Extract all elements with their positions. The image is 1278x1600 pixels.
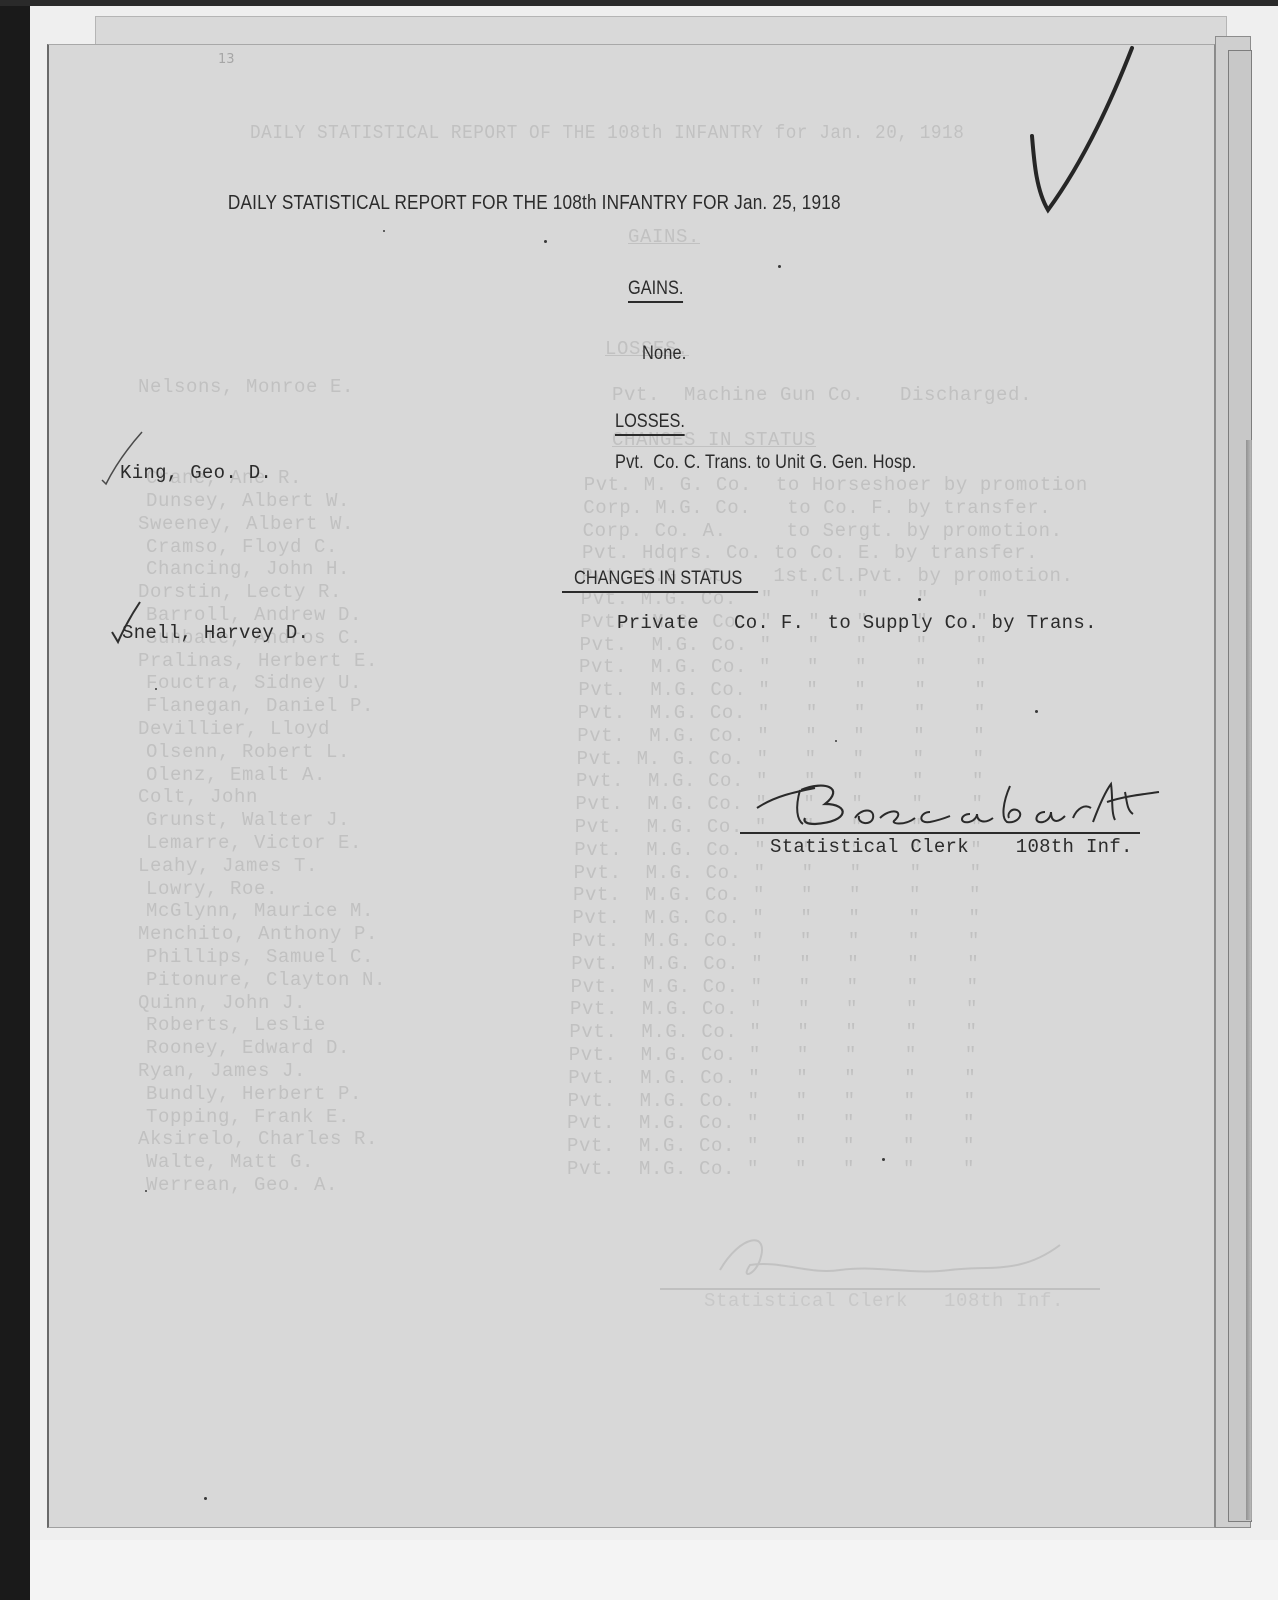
bleed-through-line: Pvt. Hdqrs. Co. to Co. E. by transfer. xyxy=(582,542,1038,565)
bleed-through-line: Pvt. M.G. Co. " " " " " xyxy=(571,976,979,999)
bleed-through-line: Pvt. M. G. Co. " " " " " xyxy=(577,748,985,771)
bleed-through-line: Pvt. M.G. Co. " " " " " xyxy=(571,953,979,976)
bleed-through-gains-heading: GAINS. xyxy=(628,226,700,249)
dust-speck xyxy=(544,240,547,243)
bleed-through-line: Pvt. M.G. Co. " " " " " xyxy=(572,907,980,930)
bleed-through-line: Pvt. M.G. Co. " " " " " xyxy=(578,679,986,702)
bleed-through-line: Walte, Matt G. xyxy=(146,1151,314,1174)
dust-speck xyxy=(204,1497,207,1500)
bleed-through-line: Pralinas, Herbert E. xyxy=(138,650,378,673)
bleed-through-line: Pvt. M.G. Co. " " " " " xyxy=(578,702,986,725)
scan-border-left xyxy=(0,0,30,1600)
bleed-through-line: Bundly, Herbert P. xyxy=(146,1083,362,1106)
bleed-through-line: Pvt. M.G. Co. " " " " " xyxy=(574,862,982,885)
bleed-through-line: Grunst, Walter J. xyxy=(146,809,350,832)
bleed-through-line: Ryan, James J. xyxy=(138,1060,306,1083)
bleed-through-line: Dunsey, Albert W. xyxy=(146,490,350,513)
bleed-through-line: Fouctra, Sidney U. xyxy=(146,672,362,695)
bleed-through-line: Corp. Co. A. to Sergt. by promotion. xyxy=(583,520,1063,543)
dust-speck xyxy=(155,688,157,690)
bleed-through-line: Pvt. M.G. Co. " " " " " xyxy=(567,1158,975,1181)
bleed-through-line: Pvt. M.G. Co. " " " " " xyxy=(580,634,988,657)
bleed-through-line: Pvt. M.G. Co. " " " " " xyxy=(568,1090,976,1113)
bleed-through-line: Leahy, James T. xyxy=(138,855,318,878)
bleed-through-line: Lemarre, Victor E. xyxy=(146,832,362,855)
bleed-through-line: Flanegan, Daniel P. xyxy=(146,695,374,718)
bleed-through-line: Pvt. Machine Gun Co. Discharged. xyxy=(612,384,1032,407)
bleed-through-line: Pvt. M.G. Co. " " " " " xyxy=(573,884,981,907)
dust-speck xyxy=(882,1158,885,1161)
bleed-through-signature-icon xyxy=(700,1225,1080,1295)
bleed-through-line: Quinn, John J. xyxy=(138,992,306,1015)
bleed-through-line: Pvt. M.G. Co. " " " " " xyxy=(567,1135,975,1158)
bleed-through-line: Cramso, Floyd C. xyxy=(146,536,338,559)
bleed-through-title: DAILY STATISTICAL REPORT OF THE 108th IN… xyxy=(250,122,964,145)
bleed-through-line: Olenz, Emalt A. xyxy=(146,764,326,787)
bleed-through-line: Pvt. M.G. Co. " " " " " xyxy=(577,725,985,748)
gains-entry: None. xyxy=(642,343,686,365)
bleed-through-line: Rooney, Edward D. xyxy=(146,1037,350,1060)
stack-shadow xyxy=(1246,440,1252,1520)
bleed-through-line: Olsenn, Robert L. xyxy=(146,741,350,764)
changes-entry-name: Snell, Harvey D. xyxy=(122,622,309,644)
bleed-through-line: Corp. M.G. Co. to Co. F. by transfer. xyxy=(583,497,1051,520)
bleed-through-line: Dorstin, Lecty R. xyxy=(138,581,342,604)
title-text: DAILY STATISTICAL REPORT FOR THE 108th I… xyxy=(228,192,792,214)
checkmark-icon xyxy=(1020,40,1140,220)
section-heading-losses: LOSSES. xyxy=(615,411,685,436)
dust-speck xyxy=(1035,710,1038,713)
bleed-through-line: Pvt. M.G. Co. " " " " " xyxy=(570,998,978,1021)
bleed-through-line: Pvt. M.G. Co. " " " " " xyxy=(569,1044,977,1067)
bleed-through-line: Topping, Frank E. xyxy=(146,1106,350,1129)
document-title: DAILY STATISTICAL REPORT FOR THE 108th I… xyxy=(218,169,841,215)
bleed-through-line: Pvt. M.G. Co. " " " " " xyxy=(572,930,980,953)
losses-entry-name: King, Geo. D. xyxy=(120,462,272,484)
changes-entry-detail: Private Co. F. to Supply Co. by Trans. xyxy=(617,612,1097,634)
bleed-through-line: Menchito, Anthony P. xyxy=(138,923,378,946)
dust-speck xyxy=(835,740,837,742)
section-heading-changes-in-status: CHANGES IN STATUS xyxy=(562,568,758,593)
bleed-through-line: Roberts, Leslie xyxy=(146,1014,326,1037)
page-mark: 13 xyxy=(218,52,235,67)
bleed-through-line: Chancing, John H. xyxy=(146,558,350,581)
signature-title: Statistical Clerk 108th Inf. xyxy=(770,836,1133,858)
title-year: 1918 xyxy=(802,192,841,214)
bleed-through-line: Nelsons, Monroe E. xyxy=(138,376,354,399)
losses-entry-detail: Pvt. Co. C. Trans. to Unit G. Gen. Hosp. xyxy=(615,452,916,474)
dust-speck xyxy=(145,1190,147,1192)
dust-speck xyxy=(383,230,385,232)
scan-background xyxy=(30,1540,1278,1600)
dust-speck xyxy=(778,265,781,268)
bleed-through-line: Pvt. M.G. Co. " " " " " xyxy=(569,1021,977,1044)
bleed-through-line: Pvt. M.G. Co. " " " " " xyxy=(568,1067,976,1090)
bleed-through-line: Phillips, Samuel C. xyxy=(146,946,374,969)
bleed-through-line: Lowry, Roe. xyxy=(146,878,278,901)
bleed-through-line: McGlynn, Maurice M. xyxy=(146,900,374,923)
bleed-through-line: Colt, John xyxy=(138,786,258,809)
bleed-through-line: Pvt. M.G. Co. " " " " " xyxy=(579,656,987,679)
bleed-through-line: Werrean, Geo. A. xyxy=(146,1174,338,1197)
bleed-through-line: Devillier, Lloyd xyxy=(138,718,330,741)
bleed-through-line: Pitonure, Clayton N. xyxy=(146,969,386,992)
bleed-through-line: Aksirelo, Charles R. xyxy=(138,1128,378,1151)
dust-speck xyxy=(918,598,921,601)
scan-border-top xyxy=(0,0,1278,6)
bleed-through-line: Pvt. M.G. Co. " " " " " xyxy=(567,1112,975,1135)
signature-rule xyxy=(740,832,1140,834)
signature-icon xyxy=(755,778,1175,838)
section-heading-gains: GAINS. xyxy=(628,278,683,303)
bleed-through-line: Sweeney, Albert W. xyxy=(138,513,354,536)
bleed-through-line: Pvt. M. G. Co. to Horseshoer by promotio… xyxy=(584,474,1088,497)
